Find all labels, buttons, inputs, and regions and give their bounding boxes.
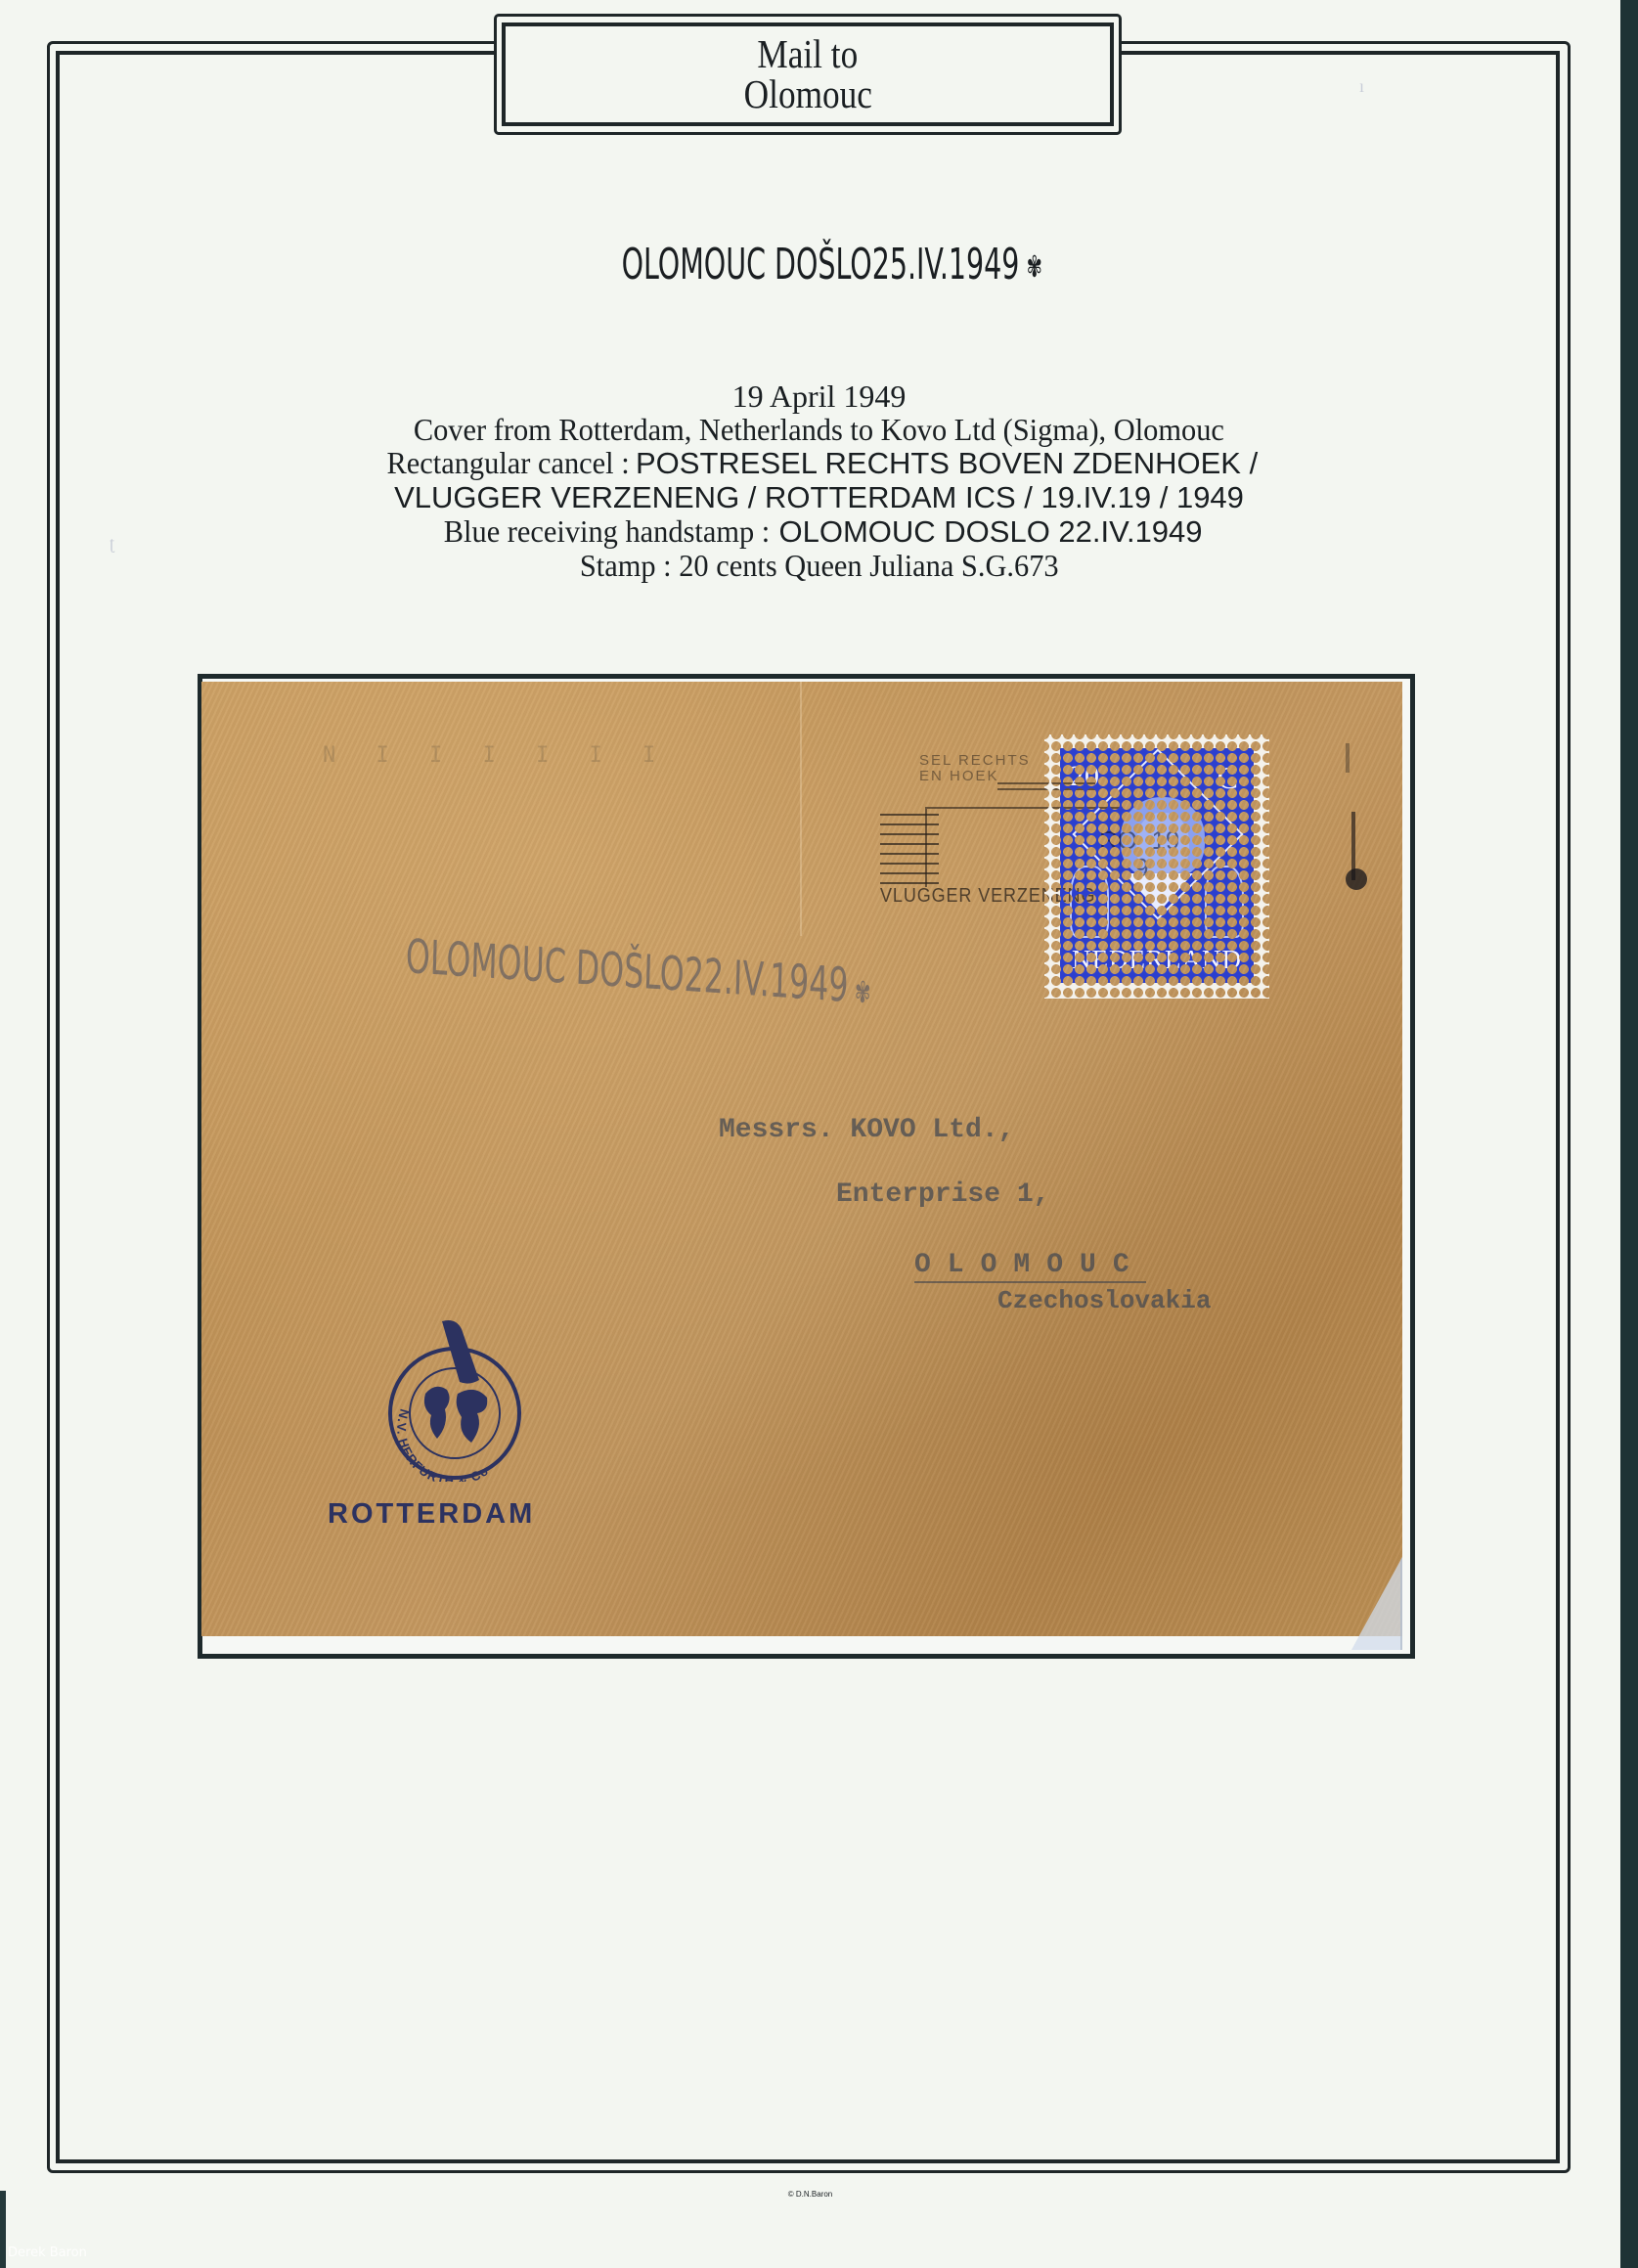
receiving-handstamp-reproduction: OLOMOUC DOŠLO25.IV.1949✾	[622, 240, 1002, 289]
handstamp-text: OLOMOUC DOŠLO25.IV.1949	[622, 240, 1020, 289]
cancel-right-mark	[1338, 743, 1377, 900]
ink-blot	[1346, 868, 1367, 890]
watermark: Derek Baron	[8, 2246, 87, 2260]
stray-mark: ʈ	[110, 533, 114, 554]
address-line-1: Messrs. KOVO Ltd.,	[719, 1115, 1014, 1145]
cancel-text-1: POSTRESEL RECHTS BOVEN ZDENHOEK /	[636, 446, 1258, 480]
stamp-value: 20	[1070, 760, 1099, 793]
receiving-text: OLOMOUC DOSLO 22.IV.1949	[778, 514, 1202, 549]
cancel-tick	[1346, 743, 1350, 773]
rosette-icon: ✾	[1027, 250, 1042, 285]
page-title-line2: Olomouc	[743, 73, 871, 114]
globe-ship-icon: N.V. HERFURTH & Co	[381, 1315, 528, 1482]
stamp-design: 20 C NEDERLAND RO 19 9	[1060, 748, 1254, 983]
faint-cancel-ghost: N I I I I I I	[323, 743, 597, 773]
page-title-line1: Mail to	[758, 34, 859, 73]
sender-city: ROTTERDAM	[328, 1498, 535, 1531]
address-line-3: OLOMOUC	[914, 1250, 1146, 1283]
rosette-icon: ✾	[854, 975, 871, 1010]
cancel-text-2: VLUGGER VERZENENG / ROTTERDAM ICS / 19.I…	[394, 480, 1244, 514]
lion-right-icon	[1205, 866, 1244, 938]
cancel-slogan-line1: SEL RECHTS	[919, 753, 1031, 769]
copyright-notice: © D.N.Baron	[0, 2190, 1620, 2199]
address-line-2: Enterprise 1,	[836, 1179, 1049, 1210]
sender-logo: N.V. HERFURTH & Co	[381, 1315, 528, 1482]
scan-edge-left	[0, 2191, 6, 2268]
receiving-label: Blue receiving handstamp :	[444, 514, 770, 548]
stamp-description: Stamp : 20 cents Queen Juliana S.G.673	[580, 549, 1059, 582]
scan-edge-right	[1620, 0, 1638, 2268]
stamp-country: NEDERLAND	[1060, 945, 1254, 975]
cover-description: 19 April 1949 Cover from Rotterdam, Neth…	[196, 379, 1442, 582]
cover-route: Cover from Rotterdam, Netherlands to Kov…	[414, 413, 1224, 446]
stray-mark: ı	[1359, 76, 1364, 97]
stamp-currency: C	[1217, 760, 1238, 796]
cover-date: 19 April 1949	[196, 379, 1442, 413]
header-plaque: Mail to Olomouc	[502, 22, 1114, 126]
envelope-crease	[800, 682, 802, 936]
address-line-4: Czechoslovakia	[997, 1286, 1211, 1315]
stamp-cancel-overlay: RO 19 9	[1099, 826, 1179, 881]
postage-stamp: 20 C NEDERLAND RO 19 9	[1044, 734, 1269, 999]
cancel-bars	[880, 814, 939, 892]
cancel-label: Rectangular cancel :	[386, 446, 629, 479]
cancel-slogan: SEL RECHTS EN HOEK	[919, 753, 1031, 784]
